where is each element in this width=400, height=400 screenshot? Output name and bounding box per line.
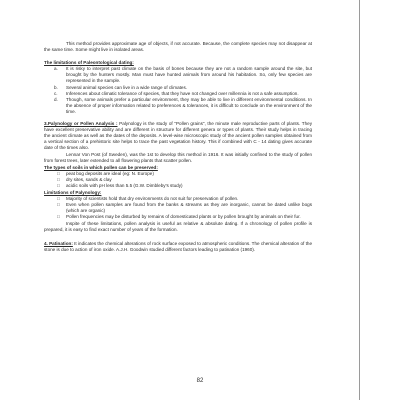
list-text: Inferences about climatic tolerance of s…	[66, 91, 299, 96]
patination-text: It indicates the chemical alterations of…	[44, 241, 312, 252]
patination-paragraph: 4. Patination: It indicates the chemical…	[44, 241, 312, 253]
intro-paragraph: This method provides approximate age of …	[44, 41, 312, 53]
list-marker: d.	[54, 97, 58, 103]
list-item: d.Though, some animals prefer a particul…	[44, 97, 312, 115]
list-text: Several animal species can live in a wid…	[66, 85, 187, 90]
palynology-history: Lennar Von Post (of Sweden), was the 1st…	[44, 152, 312, 164]
bullet-icon: □	[57, 183, 60, 189]
document-page: This method provides approximate age of …	[44, 41, 312, 253]
bullet-icon: □	[57, 202, 60, 208]
bullet-icon: □	[57, 214, 60, 220]
list-item: a.It is risky to interpret past climate …	[44, 66, 312, 84]
palynology-heading: 3.Palynology or Pollen Analysis :	[44, 121, 118, 126]
list-text: peat bog deposits are ideal (eg: N. Euro…	[66, 171, 154, 176]
list-text: Pollen frequencies may be disturbed by r…	[66, 214, 301, 219]
list-text: acidic soils with pH less than 5.5 (G.W.…	[66, 183, 183, 188]
list-text: Even when pollen samples are found from …	[66, 202, 312, 213]
list-item: □Even when pollen samples are found from…	[44, 202, 312, 214]
palynology-limitations-list: □Majority of scientists hold that dry en…	[44, 196, 312, 220]
despite-paragraph: Inspite of these limitations, pollen ana…	[44, 221, 312, 233]
list-item: □acidic soils with pH less than 5.5 (G.W…	[44, 183, 312, 189]
list-marker: a.	[54, 66, 58, 72]
palynology-paragraph: 3.Palynology or Pollen Analysis : Palyno…	[44, 121, 312, 151]
patination-heading: 4. Patination:	[44, 241, 73, 246]
page-edge	[359, 0, 360, 400]
list-item: □Pollen frequencies may be disturbed by …	[44, 214, 312, 220]
list-text: Though, some animals prefer a particular…	[66, 97, 312, 114]
list-text: Majority of scientists hold that dry env…	[66, 196, 238, 201]
paleo-limitations-list: a.It is risky to interpret past climate …	[44, 66, 312, 115]
soils-list: □peat bog deposits are ideal (eg: N. Eur…	[44, 171, 312, 189]
list-text: dry sites, sands & clay	[66, 177, 112, 182]
list-text: It is risky to interpret past climate on…	[66, 66, 312, 83]
page-number: 82	[0, 378, 400, 384]
